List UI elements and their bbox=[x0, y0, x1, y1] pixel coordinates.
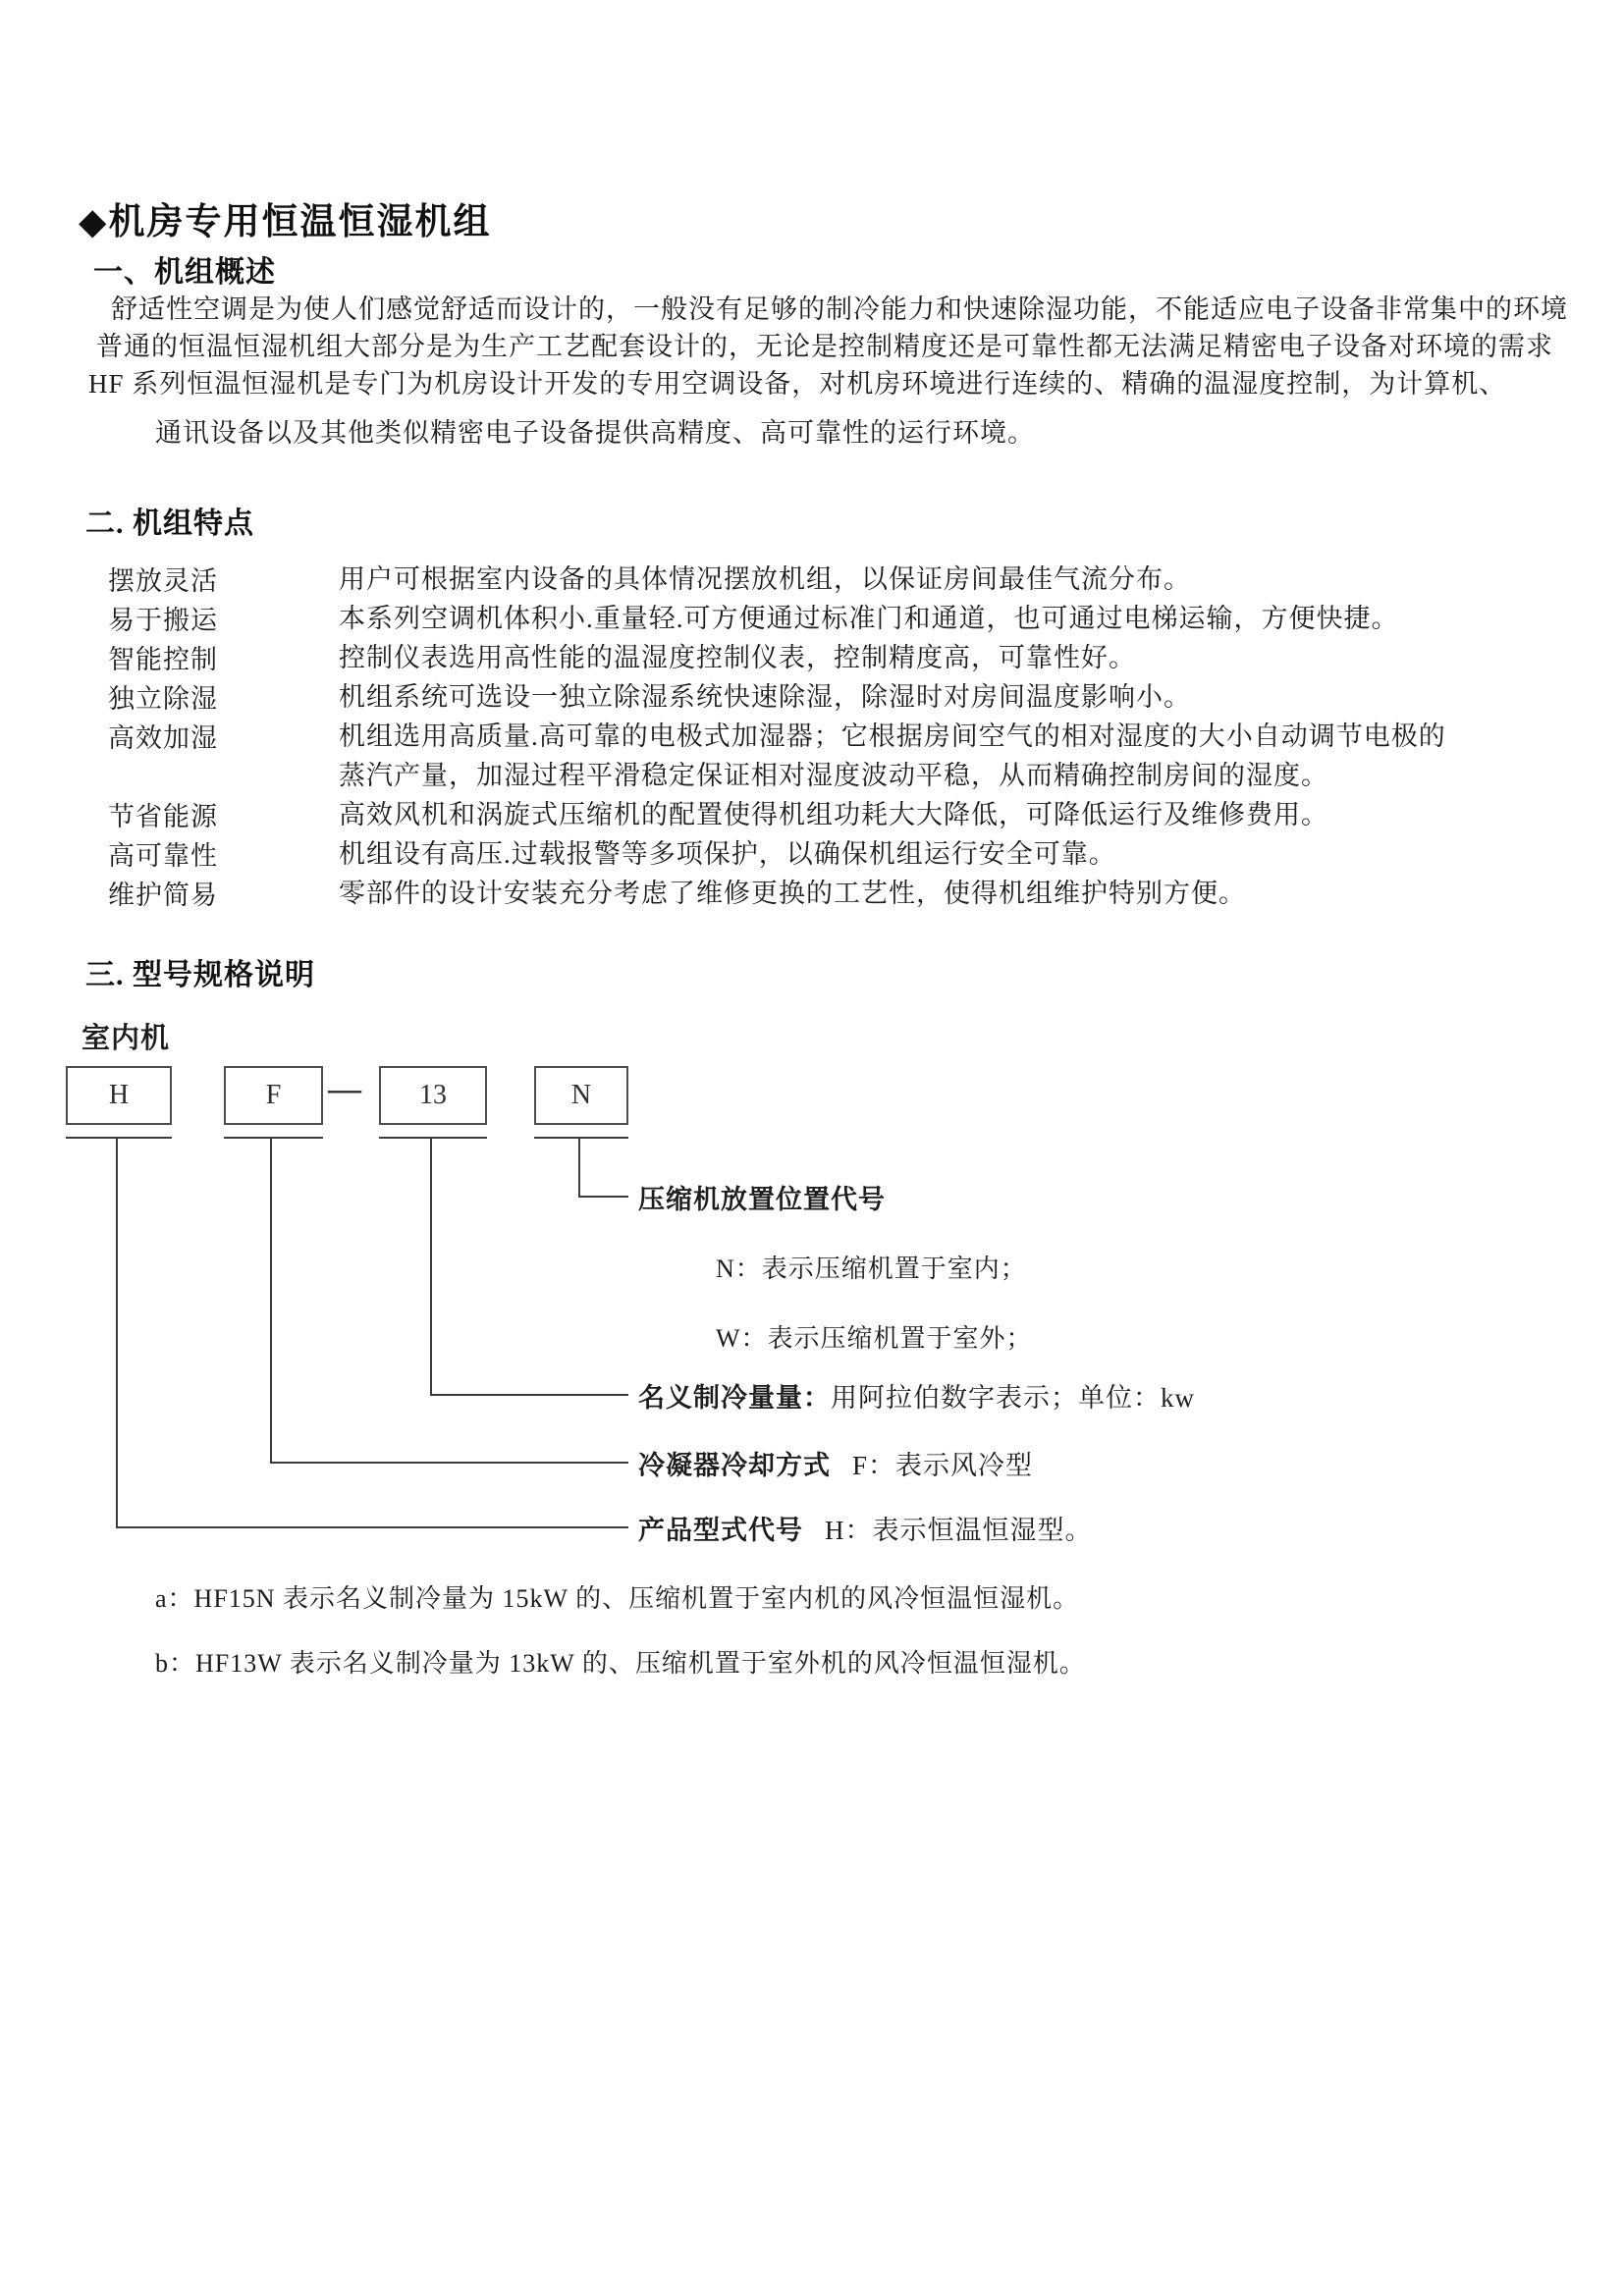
features-heading: 二. 机组特点 bbox=[85, 499, 254, 542]
example-b: b：HF13W 表示名义制冷量为 13kW 的、压缩机置于室外机的风冷恒温恒湿机… bbox=[155, 1643, 1086, 1680]
feature-desc: 用户可根据室内设备的具体情况摆放机组，以保证房间最佳气流分布。 bbox=[339, 560, 1191, 599]
overview-heading: 一、机组概述 bbox=[93, 247, 276, 291]
example-a: a：HF15N 表示名义制冷量为 15kW 的、压缩机置于室内机的风冷恒温恒湿机… bbox=[155, 1578, 1079, 1615]
callout-cooling-capacity-title: 名义制冷量量： bbox=[638, 1383, 831, 1413]
connector-line-13 bbox=[430, 1394, 628, 1396]
callout-cooling-capacity: 名义制冷量量：用阿拉伯数字表示；单位：kw bbox=[638, 1376, 1195, 1415]
callout-condenser-type-title: 冷凝器冷却方式 bbox=[638, 1451, 831, 1480]
feature-desc: 机组设有高压.过载报警等多项保护，以确保机组运行安全可靠。 bbox=[339, 834, 1116, 874]
box-underline-n bbox=[534, 1137, 628, 1139]
feature-desc: 零部件的设计安装充分考虑了维修更换的工艺性，使得机组维护特别方便。 bbox=[339, 874, 1246, 913]
feature-desc: 机组系统可选设一独立除湿系统快速除湿，除湿时对房间温度影响小。 bbox=[339, 677, 1191, 717]
callout-cooling-capacity-desc: 用阿拉伯数字表示；单位：kw bbox=[831, 1383, 1195, 1413]
stem-line-h bbox=[116, 1137, 118, 1528]
box-underline-h bbox=[66, 1137, 172, 1139]
callout-compressor-position: 压缩机放置位置代号 bbox=[638, 1178, 886, 1216]
model-box-n: N bbox=[534, 1066, 628, 1125]
callout-condenser-type-desc: F：表示风冷型 bbox=[852, 1451, 1033, 1480]
overview-line: 普通的恒温恒湿机组大部分是为生产工艺配套设计的，无论是控制精度还是可靠性都无法满… bbox=[96, 325, 1553, 363]
feature-desc: 高效风机和涡旋式压缩机的配置使得机组功耗大大降低，可降低运行及维修费用。 bbox=[339, 795, 1328, 834]
stem-line-f bbox=[270, 1137, 272, 1464]
feature-label: 独立除湿 bbox=[108, 677, 218, 716]
overview-line: 舒适性空调是为使人们感觉舒适而设计的，一般没有足够的制冷能力和快速除湿功能，不能… bbox=[111, 288, 1568, 326]
stem-line-13 bbox=[430, 1137, 432, 1396]
feature-label: 高可靠性 bbox=[108, 834, 218, 873]
feature-desc: 机组选用高质量.高可靠的电极式加湿器；它根据房间空气的相对湿度的大小自动调节电极… bbox=[339, 717, 1446, 756]
model-box-h: H bbox=[66, 1066, 172, 1125]
model-heading: 三. 型号规格说明 bbox=[85, 950, 315, 993]
callout-compressor-position-title: 压缩机放置位置代号 bbox=[638, 1185, 886, 1214]
callout-condenser-type: 冷凝器冷却方式F：表示风冷型 bbox=[638, 1444, 1033, 1482]
callout-product-type-desc: H：表示恒温恒湿型。 bbox=[825, 1516, 1093, 1545]
feature-desc: 本系列空调机体积小.重量轻.可方便通过标准门和通道，也可通过电梯运输，方便快捷。 bbox=[339, 599, 1399, 638]
option-n: N：表示压缩机置于室内； bbox=[716, 1249, 1027, 1285]
stem-line-n bbox=[578, 1137, 580, 1198]
box-underline-f bbox=[224, 1137, 323, 1139]
doc-title: ◆机房专用恒温恒湿机组 bbox=[79, 191, 491, 244]
document-page: ◆机房专用恒温恒湿机组 一、机组概述 舒适性空调是为使人们感觉舒适而设计的，一般… bbox=[0, 0, 1624, 2296]
feature-label: 易于搬运 bbox=[108, 599, 218, 637]
box-underline-13 bbox=[379, 1137, 487, 1139]
option-w: W：表示压缩机置于室外； bbox=[716, 1318, 1033, 1355]
unit-label: 室内机 bbox=[81, 1016, 170, 1056]
feature-label: 高效加湿 bbox=[108, 717, 218, 755]
callout-product-type: 产品型式代号H：表示恒温恒湿型。 bbox=[638, 1509, 1093, 1547]
connector-line-f bbox=[270, 1462, 628, 1464]
model-box-f: F bbox=[224, 1066, 323, 1125]
connector-line-n bbox=[578, 1196, 628, 1198]
model-box-13: 13 bbox=[379, 1066, 487, 1125]
overview-line: HF 系列恒温恒湿机是专门为机房设计开发的专用空调设备，对机房环境进行连续的、精… bbox=[88, 362, 1506, 400]
overview-line: 通讯设备以及其他类似精密电子设备提供高精度、高可靠性的运行环境。 bbox=[155, 411, 1035, 450]
feature-label: 维护简易 bbox=[108, 874, 218, 912]
feature-desc-line2: 蒸汽产量，加湿过程平滑稳定保证相对湿度波动平稳，从而精确控制房间的湿度。 bbox=[339, 756, 1328, 795]
callout-product-type-title: 产品型式代号 bbox=[638, 1516, 803, 1545]
connector-line-h bbox=[116, 1526, 628, 1528]
feature-label: 智能控制 bbox=[108, 638, 218, 676]
feature-label: 节省能源 bbox=[108, 795, 218, 833]
dash-separator: — bbox=[328, 1071, 361, 1108]
feature-desc: 控制仪表选用高性能的温湿度控制仪表，控制精度高，可靠性好。 bbox=[339, 638, 1136, 677]
feature-label: 摆放灵活 bbox=[108, 560, 218, 598]
